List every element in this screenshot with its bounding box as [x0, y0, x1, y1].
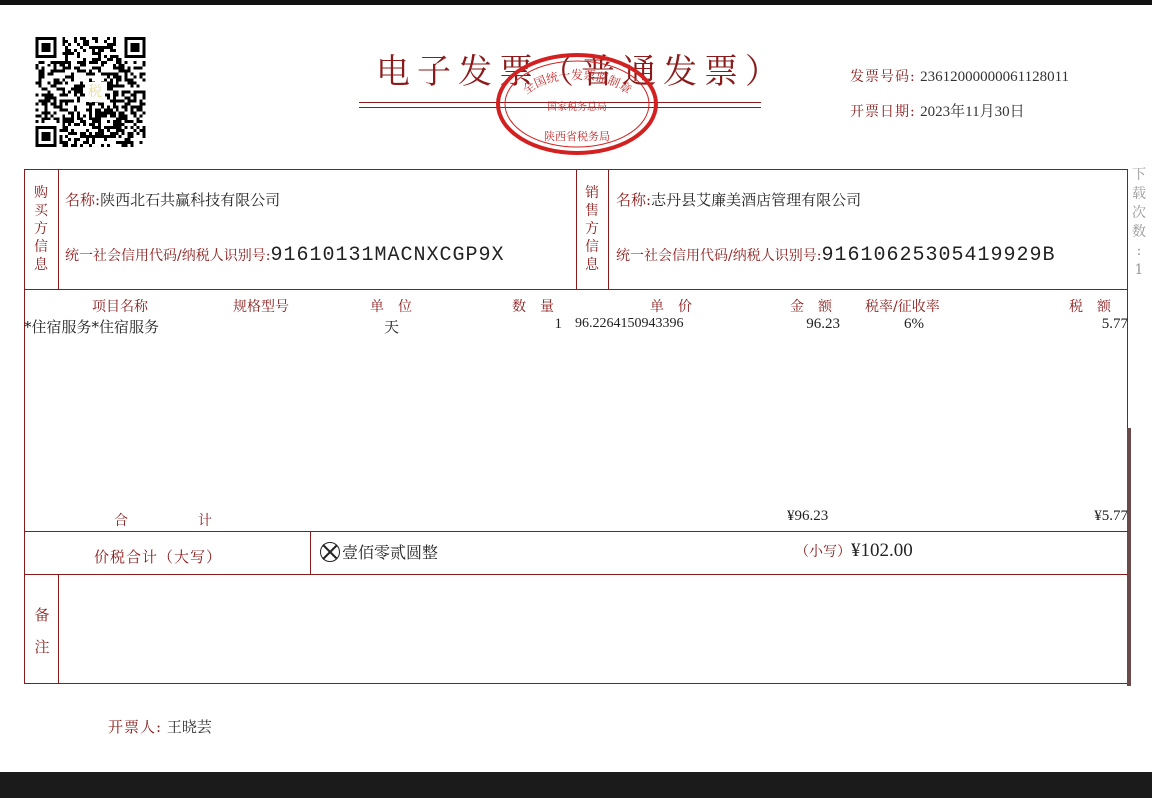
buyer-taxid: 统一社会信用代码/纳税人识别号:91610131MACNXCGP9X [65, 244, 504, 267]
col-header-rate: 税率/征收率 [865, 296, 940, 316]
qr-code: 税 [35, 37, 146, 147]
divider [576, 169, 577, 290]
item-unit: 天 [384, 316, 399, 337]
seller-name: 名称:志丹县艾廉美酒店管理有限公司 [616, 189, 861, 210]
circled-x-icon [320, 542, 340, 562]
grand-total-words-value: 壹佰零贰圆整 [342, 543, 438, 562]
stamp-middle-text: 国家税务总局 [547, 100, 607, 113]
item-tax: 5.77 [1060, 316, 1128, 333]
col-header-tax: 税 额 [1069, 296, 1111, 316]
issuer-name: 王晓芸 [167, 718, 212, 736]
col-header-qty: 数 量 [512, 296, 554, 316]
col-header-amount: 金 额 [790, 296, 832, 316]
buyer-taxid-value: 91610131MACNXCGP9X [270, 244, 504, 267]
grand-total-words: 壹佰零贰圆整 [320, 540, 438, 563]
buyer-name: 名称:陕西北石共赢科技有限公司 [65, 189, 280, 210]
grand-total-label: 价税合计（大写） [94, 546, 222, 567]
divider [58, 574, 59, 684]
buyer-section-label: 购买方信息 [31, 184, 51, 274]
official-seal-stamp: 全国统一发票监制章 国家税务总局 陕西省税务局 [494, 52, 660, 156]
seller-name-value: 志丹县艾廉美酒店管理有限公司 [651, 191, 861, 209]
stamp-bottom-text: 陕西省税务局 [544, 129, 610, 143]
seller-name-label: 名称: [616, 191, 651, 209]
invoice-number: 发票号码: 23612000000061128011 [850, 66, 1069, 86]
invoice-date: 开票日期: 2023年11月30日 [850, 100, 1025, 121]
invoice-number-label: 发票号码: [850, 69, 916, 85]
col-header-spec: 规格型号 [233, 296, 289, 316]
seller-taxid-value: 91610625305419929B [821, 244, 1055, 267]
seller-taxid: 统一社会信用代码/纳税人识别号:91610625305419929B [616, 244, 1055, 267]
remarks-label: 注 [32, 636, 52, 657]
svg-text:全国统一发票监制章: 全国统一发票监制章 [519, 67, 634, 97]
item-amount: 96.23 [760, 316, 840, 333]
issuer: 开票人: 王晓芸 [108, 716, 212, 737]
seller-section-label: 销售方信息 [582, 184, 602, 274]
seller-taxid-label: 统一社会信用代码/纳税人识别号: [616, 248, 821, 264]
col-header-price: 单 价 [650, 296, 692, 316]
total-label: 合 计 [114, 510, 212, 530]
total-amount: ¥96.23 [787, 508, 828, 525]
item-name: *住宿服务*住宿服务 [24, 316, 159, 337]
remarks-label: 备 [32, 604, 52, 625]
invoice-date-label: 开票日期: [850, 104, 916, 120]
divider [310, 531, 311, 575]
col-header-name: 项目名称 [92, 296, 148, 316]
col-header-unit: 单 位 [370, 296, 412, 316]
page-edge-shadow [1127, 428, 1131, 686]
divider [58, 169, 59, 290]
buyer-name-label: 名称: [65, 191, 100, 209]
divider [608, 169, 609, 290]
top-window-bar [0, 0, 1152, 5]
download-count: 下载次数:1 [1131, 166, 1147, 280]
bottom-window-bar [0, 772, 1152, 798]
total-tax: ¥5.77 [1060, 508, 1128, 525]
divider [24, 574, 1128, 575]
buyer-taxid-label: 统一社会信用代码/纳税人识别号: [65, 248, 270, 264]
invoice-date-value: 2023年11月30日 [920, 104, 1024, 120]
buyer-name-value: 陕西北石共赢科技有限公司 [100, 191, 280, 209]
item-price: 96.2264150943396 [575, 316, 684, 332]
grand-total-figures-value: ¥102.00 [851, 540, 913, 561]
item-rate: 6% [904, 316, 924, 333]
item-qty: 1 [540, 316, 562, 333]
issuer-label: 开票人: [108, 718, 162, 736]
divider [24, 531, 1128, 532]
divider [24, 289, 1128, 290]
stamp-top-text: 全国统一发票监制章 [519, 67, 634, 97]
invoice-number-value: 23612000000061128011 [920, 69, 1069, 85]
grand-total-small-label: （小写） [795, 544, 851, 560]
grand-total-figures: （小写）¥102.00 [795, 540, 913, 562]
qr-tax-mark: 税 [85, 82, 105, 102]
